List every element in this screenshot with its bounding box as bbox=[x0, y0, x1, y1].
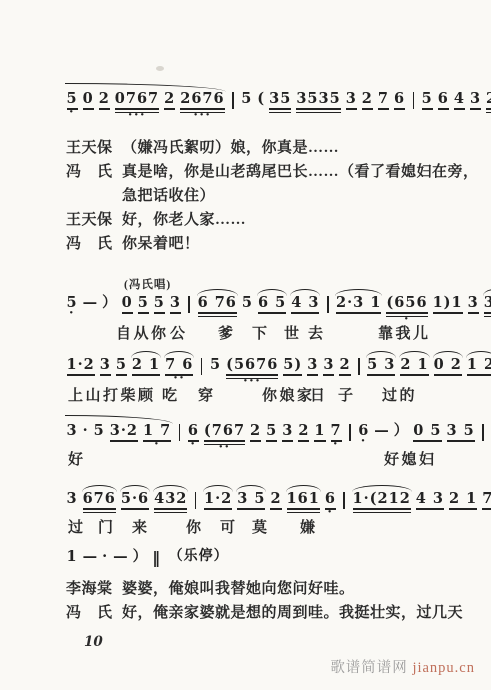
lyric-text: 上山打柴顾 bbox=[68, 384, 156, 405]
beam-underline bbox=[307, 373, 318, 376]
beam-underline bbox=[416, 507, 444, 510]
music-note: 676 bbox=[83, 492, 116, 513]
music-note: 1 2 bbox=[467, 358, 491, 376]
music-note: (767·· bbox=[204, 424, 245, 451]
music-note: 2·3 1 bbox=[336, 296, 381, 314]
lyric-text: 你娘家 bbox=[262, 384, 315, 405]
music-note: 6 bbox=[394, 92, 405, 110]
beam-underline bbox=[296, 107, 340, 113]
lyric-text: 过 bbox=[68, 516, 86, 537]
paren-mark: ） bbox=[102, 296, 117, 311]
beam-underline bbox=[83, 507, 116, 513]
music-note: 3 5 bbox=[447, 424, 475, 442]
beam-underline bbox=[434, 373, 462, 376]
beam-underline bbox=[110, 439, 138, 442]
octave-dots: · bbox=[69, 110, 75, 116]
music-note: 5 3 bbox=[367, 358, 395, 376]
sustain-dash: — bbox=[374, 424, 389, 439]
beam-underline bbox=[438, 107, 449, 110]
music-note: 3 bbox=[307, 358, 318, 376]
sustain-dash: — bbox=[83, 296, 98, 311]
music-note: 4 bbox=[454, 92, 465, 110]
augmentation-dot: · bbox=[102, 550, 108, 565]
octave-dots: · bbox=[327, 510, 333, 516]
beam-underline bbox=[422, 107, 433, 110]
lyric-text: 下 bbox=[252, 322, 270, 343]
music-note: 3 bbox=[470, 92, 481, 110]
music-note: 7 bbox=[378, 92, 389, 110]
barline bbox=[482, 424, 484, 441]
lyric-text: 去 bbox=[308, 322, 326, 343]
lyric-text: 门 bbox=[98, 516, 116, 537]
beam-underline bbox=[283, 373, 302, 376]
octave-dots: ··· bbox=[193, 113, 211, 119]
beam-underline bbox=[266, 439, 277, 442]
music-note: 1·(212 bbox=[353, 492, 411, 513]
barline bbox=[195, 492, 197, 509]
beam-underline bbox=[138, 311, 149, 314]
beam-underline bbox=[237, 507, 265, 510]
beam-underline bbox=[413, 439, 441, 442]
score-page: 王天保（嫌冯氏絮叨）娘，你真是……冯 氏真是啥，你是山老鸹尾巴长……（看了看媳妇… bbox=[0, 0, 491, 690]
slur-arc bbox=[290, 289, 320, 296]
music-line: 5·020767···22676···5(3535353276564323176… bbox=[64, 92, 491, 119]
music-note: (5676··· bbox=[226, 358, 278, 385]
octave-dots: · bbox=[361, 439, 367, 445]
music-note: 5 bbox=[94, 424, 105, 448]
barline bbox=[201, 358, 203, 375]
music-line: 1·2352 17 6··5(5676···5)3325 32 10 21 2 bbox=[64, 358, 491, 385]
watermark-site-url: jianpu.cn bbox=[412, 660, 475, 676]
beam-underline bbox=[67, 373, 95, 376]
music-annotation: （乐停） bbox=[169, 550, 229, 564]
beam-underline bbox=[394, 107, 405, 110]
octave-dots: ··· bbox=[243, 379, 261, 385]
music-note: 3 bbox=[100, 358, 111, 376]
music-line: 3·53·21 7·6·(767··253217·6·—）0 53 5 bbox=[64, 424, 489, 451]
dialogue-line: 急把话收住） bbox=[122, 184, 481, 208]
octave-dots: · bbox=[154, 442, 160, 448]
slur-arc bbox=[153, 485, 188, 492]
music-note: 3 5 bbox=[237, 492, 265, 510]
slur-arc bbox=[366, 351, 396, 358]
speaker-name: 王天保 bbox=[66, 136, 122, 160]
music-note: 5 bbox=[138, 296, 149, 314]
lyric-text: 自从你 bbox=[116, 322, 169, 343]
lyric-text: 过的 bbox=[382, 384, 417, 405]
dialogue-line: 好，你老人家…… bbox=[122, 208, 481, 232]
music-note: 5· bbox=[67, 296, 78, 317]
beam-underline bbox=[154, 507, 187, 513]
beam-underline bbox=[198, 311, 237, 317]
lyric-text: 爹 bbox=[218, 322, 236, 343]
dialogue-text: 真是啥，你是山老鸹尾巴长……（看了看媳妇在旁，急把话收住） bbox=[122, 160, 481, 208]
barline bbox=[349, 424, 351, 441]
lyric-text: 来 bbox=[132, 516, 150, 537]
music-note: 2676··· bbox=[180, 92, 224, 119]
music-note: 5·6 bbox=[121, 492, 149, 510]
lyric-text: 你 bbox=[186, 516, 204, 537]
dialogue-row: 王天保（嫌冯氏絮叨）娘，你真是…… bbox=[66, 136, 481, 160]
barline bbox=[358, 358, 360, 375]
music-note: 1 bbox=[314, 424, 325, 442]
music-note: 5 bbox=[116, 358, 127, 376]
speaker-name: 王天保 bbox=[66, 208, 122, 232]
music-note: 6· bbox=[358, 424, 369, 445]
final-barline: ‖ bbox=[152, 550, 160, 566]
beam-underline bbox=[367, 373, 395, 376]
music-note: 1 7· bbox=[143, 424, 171, 448]
dialogue-text: 好，俺亲家婆就是想的周到哇。我挺壮实，过几天 bbox=[122, 601, 481, 625]
music-note: 3·2 bbox=[110, 424, 138, 448]
tied-note-group: 3·53·21 7· bbox=[64, 424, 174, 448]
lyric-text: 可 bbox=[220, 516, 238, 537]
beam-underline bbox=[164, 107, 175, 110]
octave-dots: · bbox=[333, 442, 339, 448]
music-note: 2 bbox=[99, 92, 110, 119]
beam-underline bbox=[323, 373, 334, 376]
slur-arc bbox=[82, 485, 117, 492]
music-note: 1·2 bbox=[204, 492, 232, 510]
beam-underline bbox=[468, 311, 479, 314]
beam-underline bbox=[269, 107, 291, 113]
dialogue-line: 婆婆，俺娘叫我替她向您问好哇。 bbox=[122, 577, 481, 601]
dialogue-row: 冯 氏好，俺亲家婆就是想的周到哇。我挺壮实，过几天 bbox=[66, 601, 481, 625]
beam-underline bbox=[339, 373, 350, 376]
beam-underline bbox=[287, 507, 320, 513]
music-note: 3535 bbox=[296, 92, 340, 113]
lyric-text: 莫 bbox=[252, 516, 270, 537]
beam-underline bbox=[204, 507, 232, 510]
watermark: 歌谱简谱网 jianpu.cn bbox=[330, 656, 475, 677]
beam-underline bbox=[449, 507, 477, 510]
scan-smudge bbox=[156, 66, 164, 71]
augmentation-dot: · bbox=[83, 424, 89, 448]
music-line: 36765·64321·23 521616·1·(2124 32 17 2· bbox=[64, 492, 491, 516]
lyric-text: 穿 bbox=[198, 384, 216, 405]
music-note: 5 bbox=[154, 296, 165, 314]
slur-arc bbox=[120, 485, 150, 492]
dialogue-row: 李海棠婆婆，俺娘叫我替她向您问好哇。 bbox=[66, 577, 481, 601]
dialogue-line: （嫌冯氏絮叨）娘，你真是…… bbox=[122, 136, 481, 160]
beam-underline bbox=[346, 107, 357, 110]
dialogue-block-top: 王天保（嫌冯氏絮叨）娘，你真是……冯 氏真是啥，你是山老鸹尾巴长……（看了看媳妇… bbox=[66, 136, 481, 256]
octave-dots: · bbox=[190, 442, 196, 448]
speaker-name: 李海棠 bbox=[66, 577, 122, 601]
slur-arc bbox=[197, 289, 238, 296]
music-note: 0767··· bbox=[115, 92, 159, 119]
music-note: 3 bbox=[323, 358, 334, 376]
beam-underline bbox=[250, 439, 261, 442]
music-note: 4 3 bbox=[416, 492, 444, 510]
beam-underline bbox=[378, 107, 389, 110]
dialogue-text: 婆婆，俺娘叫我替她向您问好哇。 bbox=[122, 577, 481, 601]
music-note: 35 bbox=[269, 92, 291, 113]
music-note: 5 bbox=[241, 92, 252, 107]
slur-arc bbox=[257, 289, 287, 296]
slur-arc bbox=[466, 351, 491, 358]
dialogue-line: 好，俺亲家婆就是想的周到哇。我挺壮实，过几天 bbox=[122, 601, 481, 625]
slur-arc bbox=[131, 351, 161, 358]
music-note: 7· bbox=[331, 424, 342, 448]
music-note: 23176561··· bbox=[486, 92, 491, 119]
music-note: (656· bbox=[386, 296, 427, 323]
beam-underline bbox=[484, 311, 491, 317]
slur-arc bbox=[286, 485, 321, 492]
barline bbox=[327, 296, 329, 313]
paren-mark: ） bbox=[394, 424, 409, 439]
octave-dots: ·· bbox=[218, 445, 230, 451]
dialogue-row: 冯 氏真是啥，你是山老鸹尾巴长……（看了看媳妇在旁，急把话收住） bbox=[66, 160, 481, 208]
dialogue-text: （嫌冯氏絮叨）娘，你真是…… bbox=[122, 136, 481, 160]
beam-underline bbox=[282, 439, 293, 442]
beam-underline bbox=[400, 373, 428, 376]
beam-underline bbox=[83, 107, 94, 110]
speaker-name: 冯 氏 bbox=[66, 601, 122, 625]
beam-underline bbox=[353, 507, 411, 513]
singer-label: (冯氏唱) bbox=[124, 276, 171, 292]
dialogue-row: 冯 氏你呆着吧！ bbox=[66, 232, 481, 256]
music-line: 5·—）05536 7656 54 32·3 1(656·1)1332 bbox=[64, 296, 491, 323]
lyric-text: 嫌 bbox=[300, 516, 318, 537]
music-note: 7 2· bbox=[482, 492, 491, 516]
music-note: 3 bbox=[170, 296, 181, 314]
beam-underline bbox=[116, 373, 127, 376]
barline bbox=[232, 92, 234, 109]
music-note: 2 bbox=[250, 424, 261, 442]
music-note: 32 bbox=[484, 296, 491, 317]
slur-arc bbox=[433, 351, 463, 358]
octave-dots: · bbox=[69, 311, 75, 317]
music-line: 1—·—）‖（乐停） bbox=[64, 550, 231, 566]
music-note: 5 bbox=[242, 296, 253, 311]
music-note: 5 bbox=[210, 358, 221, 373]
beam-underline bbox=[314, 439, 325, 442]
music-note: 2 bbox=[164, 92, 175, 119]
watermark-site-name: 歌谱简谱网 bbox=[330, 660, 408, 676]
barline bbox=[188, 296, 190, 313]
octave-dots: ··· bbox=[128, 113, 146, 119]
octave-dots: ·· bbox=[173, 376, 185, 382]
paren-mark: ( bbox=[257, 92, 264, 107]
beam-underline bbox=[454, 107, 465, 110]
music-note: 2 bbox=[362, 92, 373, 110]
tied-note-group: 5·020767···22676··· bbox=[64, 92, 227, 119]
music-note: 1 bbox=[67, 550, 78, 565]
beam-underline bbox=[122, 311, 133, 314]
slur-arc bbox=[399, 351, 429, 358]
sustain-dash: — bbox=[83, 550, 98, 565]
music-note: 0 2 bbox=[434, 358, 462, 376]
lyric-text: 日 bbox=[310, 384, 328, 405]
music-note: 3 bbox=[282, 424, 293, 442]
beam-underline bbox=[291, 311, 319, 314]
barline bbox=[413, 92, 415, 109]
music-note: 2 bbox=[270, 492, 281, 510]
music-note: 432 bbox=[154, 492, 187, 513]
beam-underline bbox=[467, 373, 491, 376]
beam-underline bbox=[362, 107, 373, 110]
slur-arc bbox=[352, 485, 412, 492]
music-note: 6· bbox=[188, 424, 199, 448]
lyric-text: 公 bbox=[170, 322, 188, 343]
music-note: 3 bbox=[67, 492, 78, 507]
music-note: 4 3 bbox=[291, 296, 319, 314]
music-note: 2 1 bbox=[400, 358, 428, 376]
slur-arc bbox=[203, 485, 233, 492]
sustain-dash: — bbox=[113, 550, 128, 565]
music-note: 6 bbox=[438, 92, 449, 110]
beam-underline bbox=[447, 439, 475, 442]
music-note: 1)1 bbox=[433, 296, 463, 314]
barline bbox=[179, 424, 181, 441]
music-note: 6· bbox=[325, 492, 336, 516]
lyric-text: 好媳妇 bbox=[384, 448, 437, 469]
music-note: 0 bbox=[122, 296, 133, 314]
lyric-text: 世 bbox=[284, 322, 302, 343]
lyric-text: 吃 bbox=[162, 384, 180, 405]
beam-underline bbox=[170, 311, 181, 314]
music-note: 5 bbox=[266, 424, 277, 442]
music-note: 161 bbox=[287, 492, 320, 513]
music-note: 2 1 bbox=[132, 358, 160, 376]
dialogue-text: 你呆着吧！ bbox=[122, 232, 481, 256]
dialogue-line: 真是啥，你是山老鸹尾巴长……（看了看媳妇在旁， bbox=[122, 160, 481, 184]
lyric-text: 好 bbox=[68, 448, 86, 469]
music-note: 7 6·· bbox=[165, 358, 193, 382]
slur-arc bbox=[164, 351, 194, 358]
dialogue-block-bottom: 李海棠婆婆，俺娘叫我替她向您问好哇。冯 氏好，俺亲家婆就是想的周到哇。我挺壮实，… bbox=[66, 577, 481, 625]
music-note: 1·2 bbox=[67, 358, 95, 376]
beam-underline bbox=[336, 311, 381, 314]
music-note: 3 bbox=[468, 296, 479, 314]
music-note: 5 bbox=[422, 92, 433, 110]
music-note: 3 bbox=[346, 92, 357, 110]
music-note: 0 bbox=[83, 92, 94, 119]
dialogue-line: 你呆着吧！ bbox=[122, 232, 481, 256]
music-note: 2 1 bbox=[449, 492, 477, 510]
slur-arc bbox=[236, 485, 266, 492]
barline bbox=[343, 492, 345, 509]
beam-underline bbox=[100, 373, 111, 376]
beam-underline bbox=[482, 507, 491, 510]
music-note: 3 bbox=[67, 424, 78, 448]
page-number: 10 bbox=[84, 634, 103, 650]
slur-arc bbox=[483, 289, 491, 296]
lyric-text: 子 bbox=[338, 384, 356, 405]
beam-underline bbox=[99, 107, 110, 110]
beam-underline bbox=[298, 439, 309, 442]
beam-underline bbox=[486, 107, 491, 113]
beam-underline bbox=[433, 311, 463, 314]
music-note: 6 76 bbox=[198, 296, 237, 317]
dialogue-text: 好，你老人家…… bbox=[122, 208, 481, 232]
music-note: 6 5 bbox=[258, 296, 286, 314]
music-note: 0 5 bbox=[413, 424, 441, 442]
speaker-name: 冯 氏 bbox=[66, 232, 122, 256]
beam-underline bbox=[154, 311, 165, 314]
beam-underline bbox=[121, 507, 149, 510]
music-note: 2 bbox=[298, 424, 309, 442]
beam-underline bbox=[270, 507, 281, 510]
beam-underline bbox=[258, 311, 286, 314]
beam-underline bbox=[470, 107, 481, 110]
music-note: 2 bbox=[339, 358, 350, 376]
paren-mark: ） bbox=[133, 550, 148, 565]
speaker-name: 冯 氏 bbox=[66, 160, 122, 184]
music-note: 5· bbox=[67, 92, 78, 119]
dialogue-row: 王天保好，你老人家…… bbox=[66, 208, 481, 232]
lyric-text: 靠我儿 bbox=[378, 322, 431, 343]
slur-arc bbox=[335, 289, 382, 296]
beam-underline bbox=[132, 373, 160, 376]
music-note: 5) bbox=[283, 358, 302, 376]
